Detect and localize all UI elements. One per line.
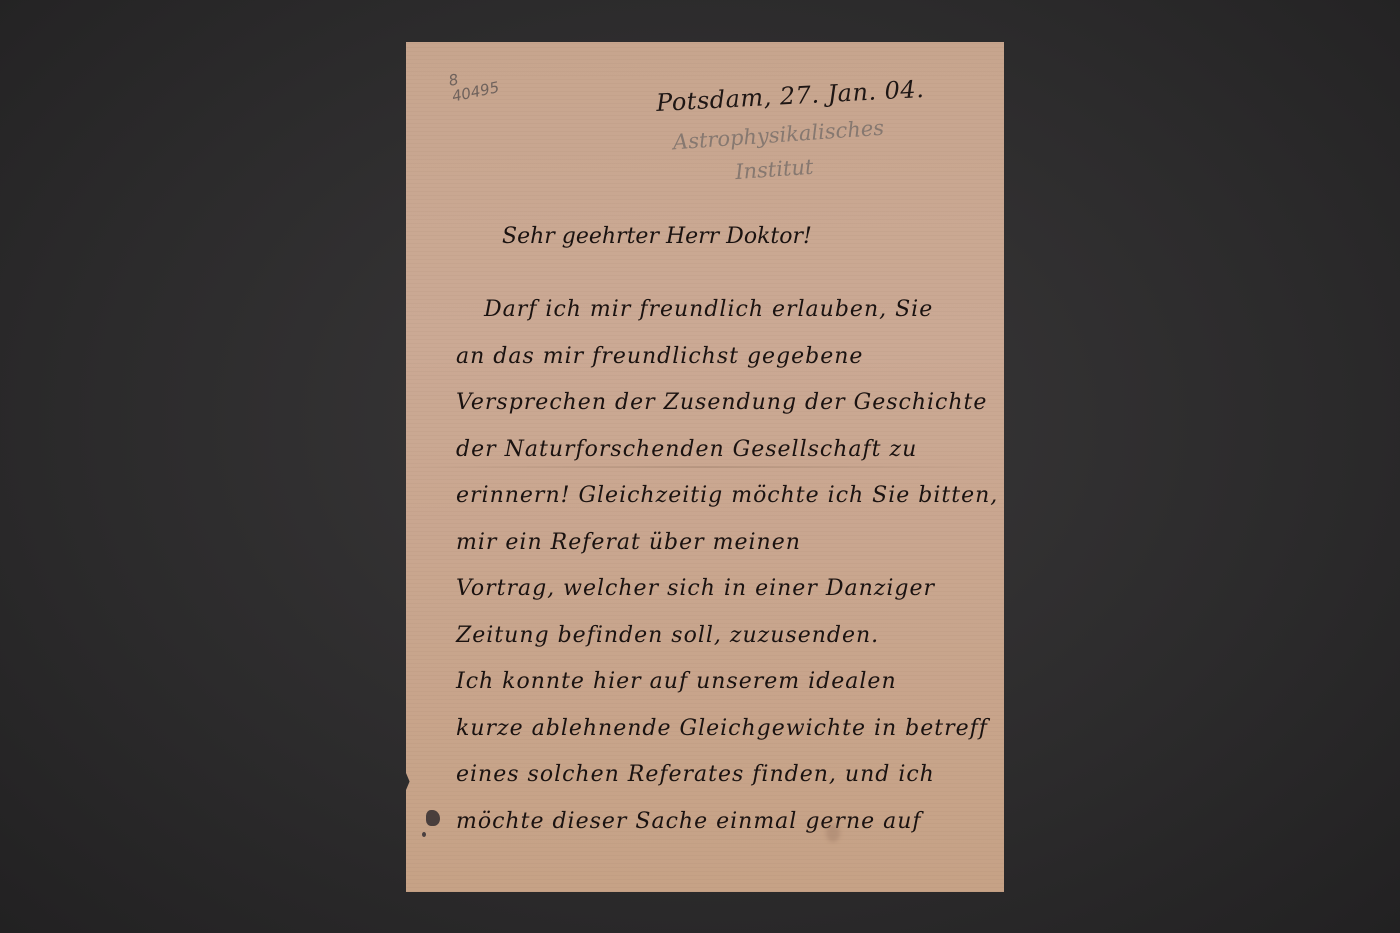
body-line: erinnern! Gleichzeitig möchte ich Sie bi… — [456, 483, 986, 530]
body-line: kurze ablehnende Gleichgewichte in betre… — [456, 716, 986, 763]
body-line: eines solchen Referates finden, und ich — [456, 762, 986, 809]
body-line: möchte dieser Sache einmal gerne auf — [456, 809, 986, 856]
paper-fold-crease — [406, 466, 1004, 468]
body-line: Vortrag, welcher sich in einer Danziger — [456, 576, 986, 623]
ink-blot — [422, 832, 426, 837]
ink-blot — [426, 810, 440, 826]
body-line: Zeitung befinden soll, zuzusenden. — [456, 623, 986, 670]
body-line: Ich konnte hier auf unserem idealen — [456, 669, 986, 716]
institute-stamp: Astrophysikalisches Institut — [672, 111, 888, 194]
body-line: der Naturforschenden Gesellschaft zu — [456, 437, 986, 484]
archive-pencil-note: 8 40495 — [447, 63, 500, 104]
salutation: Sehr geehrter Herr Doktor! — [502, 224, 812, 249]
body-line: an das mir freundlichst gegebene — [456, 344, 986, 391]
paper-stain — [826, 824, 840, 842]
letter-page: 8 40495 Potsdam, 27. Jan. 04. Astrophysi… — [406, 42, 1004, 892]
letter-body: Darf ich mir freundlich erlauben, Sie an… — [456, 297, 986, 855]
body-line: Versprechen der Zusendung der Geschichte — [456, 390, 986, 437]
body-line: mir ein Referat über meinen — [456, 530, 986, 577]
body-line: Darf ich mir freundlich erlauben, Sie — [456, 297, 986, 344]
dateline: Potsdam, 27. Jan. 04. — [655, 75, 924, 117]
